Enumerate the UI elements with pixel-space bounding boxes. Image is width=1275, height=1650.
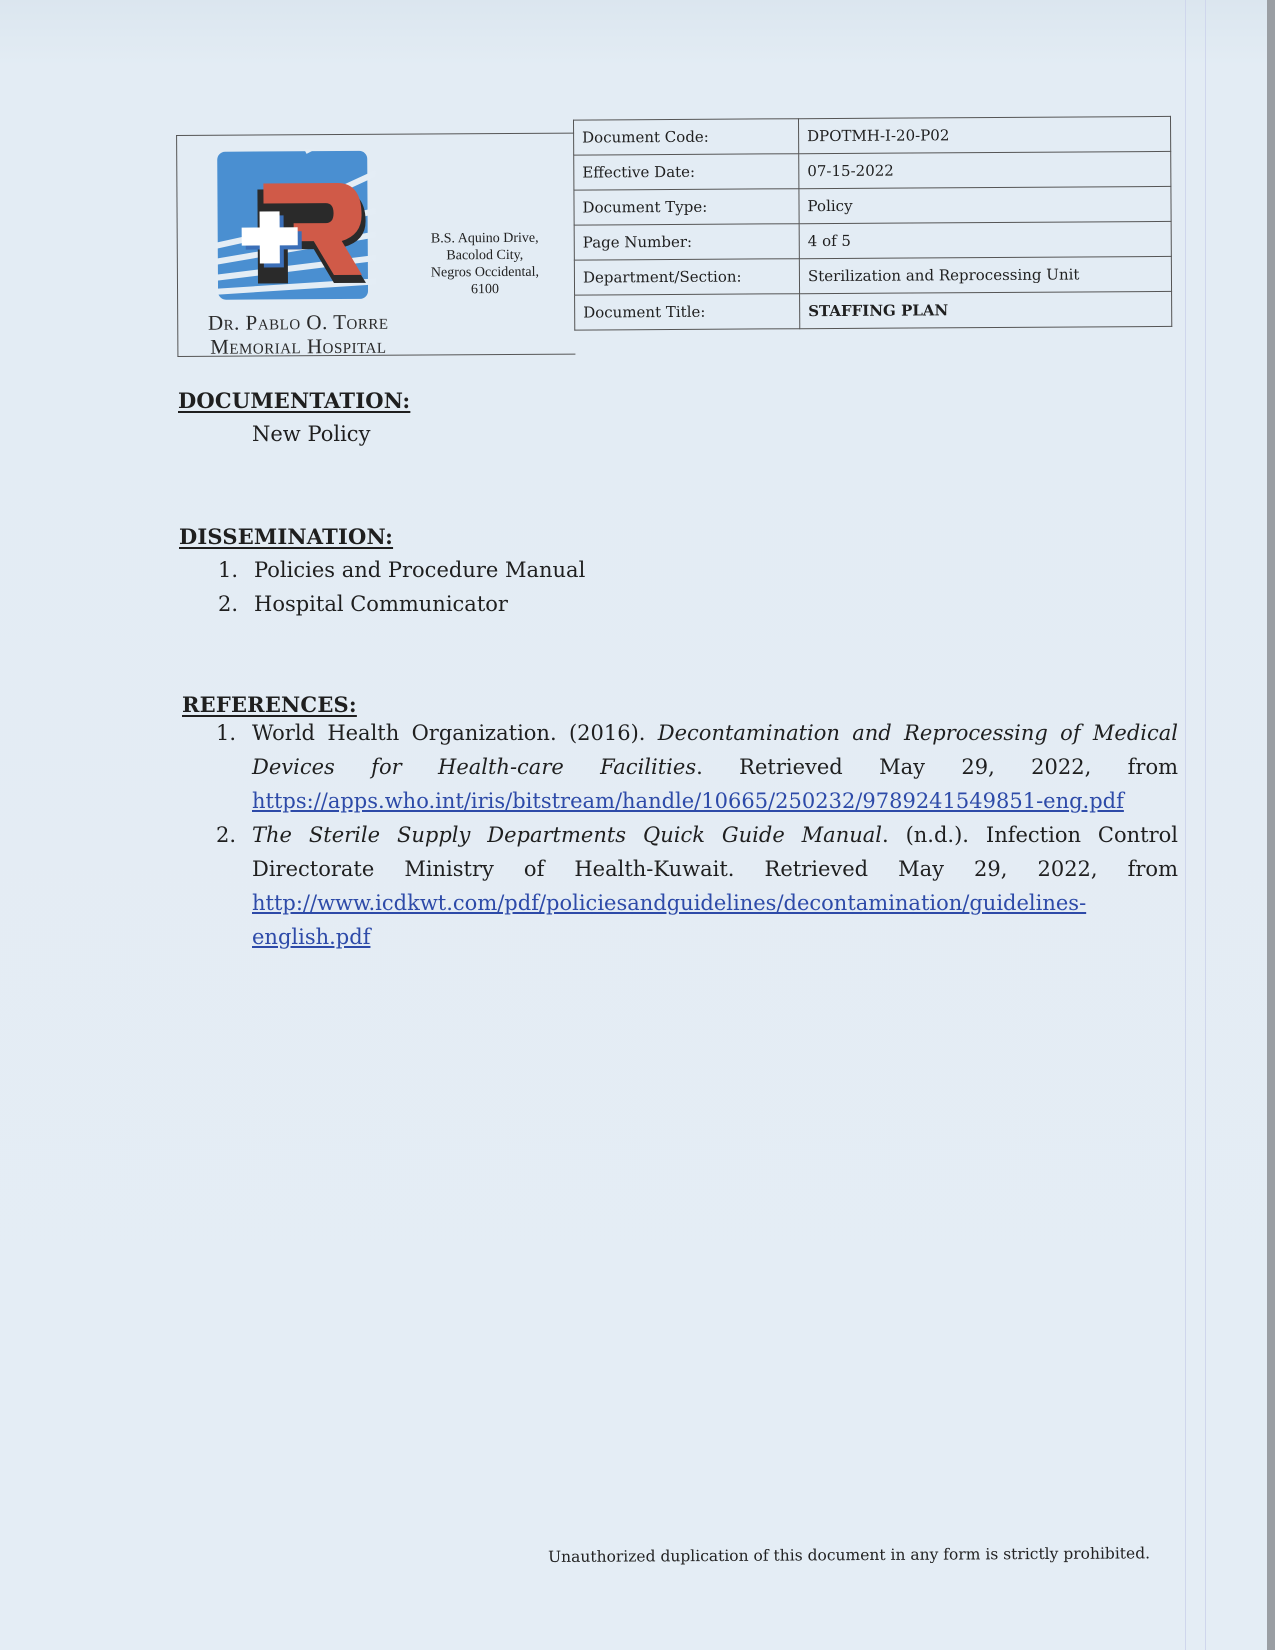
address-line: B.S. Aquino Drive,: [410, 230, 560, 248]
reference-url-link-continued[interactable]: english.pdf: [252, 925, 370, 949]
reference-url-link[interactable]: https://apps.who.int/iris/bitstream/hand…: [252, 789, 1124, 813]
page-edge-shadow: [1267, 0, 1275, 1650]
meta-label: Document Title:: [575, 294, 800, 330]
meta-row-department: Department/Section: Sterilization and Re…: [574, 256, 1171, 295]
meta-label: Document Type:: [574, 189, 799, 225]
document-page: Dr. Pablo O. Torre Memorial Hospital B.S…: [0, 0, 1275, 1650]
hospital-cross-R-logo-icon: [215, 149, 376, 310]
meta-row-document-title: Document Title: STAFFING PLAN: [575, 291, 1172, 330]
list-item: 2.Hospital Communicator: [218, 587, 585, 621]
dissemination-heading: DISSEMINATION:: [179, 524, 393, 549]
meta-label: Page Number:: [574, 224, 799, 260]
meta-value: 4 of 5: [799, 221, 1171, 258]
hospital-name-line1: Dr. Pablo O. Torre: [188, 310, 408, 335]
meta-value: 07-15-2022: [799, 151, 1171, 188]
footer-notice: Unauthorized duplication of this documen…: [548, 1544, 1150, 1566]
address-line: Negros Occidental,: [410, 264, 560, 282]
meta-label: Department/Section:: [574, 259, 799, 295]
meta-value: Policy: [799, 186, 1171, 223]
meta-label: Effective Date:: [574, 154, 799, 190]
meta-row-page-number: Page Number: 4 of 5: [574, 221, 1171, 260]
meta-value: STAFFING PLAN: [800, 291, 1172, 328]
page-edge-line: [1185, 0, 1186, 1650]
reference-retrieved: . Retrieved May 29, 2022, from: [696, 755, 1178, 779]
reference-item: 1. World Health Organization. (2016). De…: [216, 716, 1178, 818]
dissemination-list: 1.Policies and Procedure Manual 2.Hospit…: [218, 553, 585, 621]
references-heading: REFERENCES:: [182, 692, 357, 717]
reference-url-link[interactable]: http://www.icdkwt.com/pdf/policiesandgui…: [252, 891, 1086, 915]
meta-row-effective-date: Effective Date: 07-15-2022: [574, 151, 1171, 190]
meta-row-document-type: Document Type: Policy: [574, 186, 1171, 225]
page-edge-line: [1205, 0, 1206, 1650]
document-header: Dr. Pablo O. Torre Memorial Hospital B.S…: [176, 116, 1172, 358]
hospital-logo-block: Dr. Pablo O. Torre Memorial Hospital B.S…: [176, 133, 575, 357]
hospital-name: Dr. Pablo O. Torre Memorial Hospital: [188, 310, 408, 359]
document-meta-table: Document Code: DPOTMH-I-20-P02 Effective…: [573, 116, 1172, 331]
meta-value: DPOTMH-I-20-P02: [798, 116, 1170, 153]
meta-row-document-code: Document Code: DPOTMH-I-20-P02: [573, 116, 1170, 155]
documentation-heading: DOCUMENTATION:: [178, 388, 410, 413]
hospital-name-line2: Memorial Hospital: [188, 334, 408, 359]
address-line: Bacolod City,: [410, 247, 560, 265]
documentation-text: New Policy: [252, 422, 370, 446]
address-line: 6100: [410, 281, 560, 299]
meta-label: Document Code:: [573, 119, 798, 155]
hospital-address: B.S. Aquino Drive, Bacolod City, Negros …: [410, 230, 560, 299]
reference-item: 2. The Sterile Supply Departments Quick …: [216, 818, 1178, 954]
list-item: 1.Policies and Procedure Manual: [218, 553, 585, 587]
meta-value: Sterilization and Reprocessing Unit: [799, 256, 1171, 293]
references-list: 1. World Health Organization. (2016). De…: [216, 716, 1178, 954]
reference-title: The Sterile Supply Departments Quick Gui…: [252, 823, 882, 847]
reference-author: World Health Organization. (2016).: [252, 721, 658, 745]
